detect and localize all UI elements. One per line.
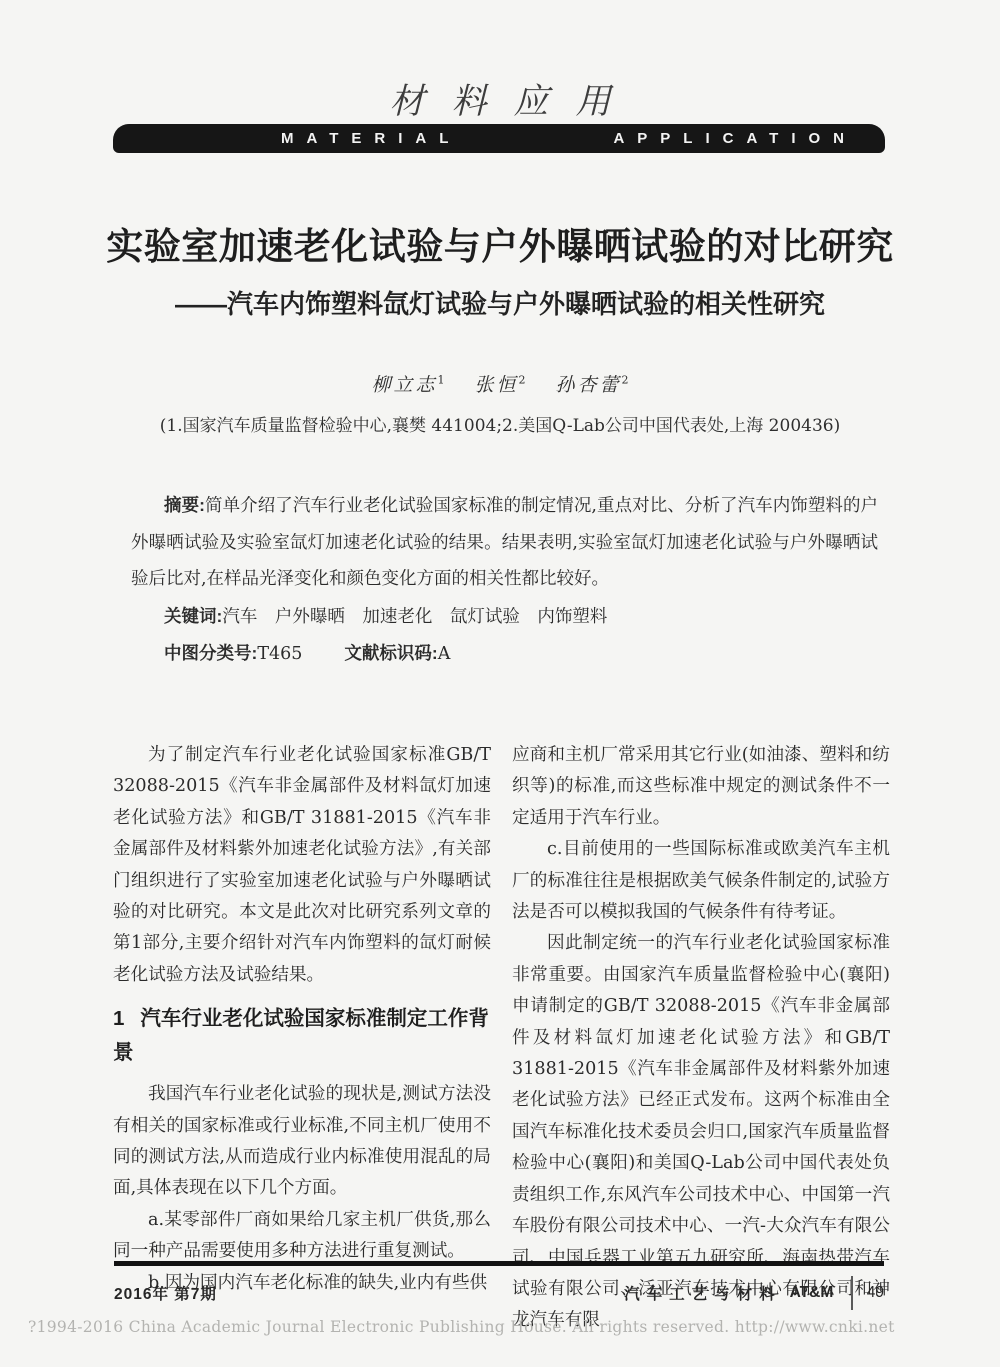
- author: 柳立志1: [371, 370, 444, 397]
- journal-name-cn: 汽车工艺与材料: [624, 1282, 782, 1304]
- section-banner: MATERIAL APPLICATION: [113, 124, 885, 153]
- keywords-label: 关键词:: [164, 606, 222, 626]
- section-heading-text: 汽车行业老化试验国家标准制定工作背景: [113, 1007, 489, 1064]
- body-paragraph: 我国汽车行业老化试验的现状是,测试方法没有相关的国家标准或行业标准,不同主机厂使…: [113, 1079, 491, 1205]
- author-affil-sup: 2: [519, 374, 526, 387]
- keywords-text: 汽车 户外曝晒 加速老化 氙灯试验 内饰塑料: [222, 607, 607, 627]
- abstract-label: 摘要:: [164, 495, 205, 515]
- affiliation: (1.国家汽车质量监督检验中心,襄樊 441004;2.美国Q-Lab公司中国代…: [0, 411, 1000, 436]
- body-paragraph-continued: 应商和主机厂常采用其它行业(如油漆、塑料和纺织等)的标准,而这些标准中规定的测试…: [512, 740, 890, 834]
- clc-label: 中图分类号:: [164, 643, 257, 663]
- abstract-block: 摘要:简单介绍了汽车行业老化试验国家标准的制定情况,重点对比、分析了汽车内饰塑料…: [131, 487, 878, 673]
- footer-rule: [114, 1261, 884, 1266]
- section-title-cn: 材料应用: [0, 74, 1000, 124]
- author-name: 孙杏蕾: [556, 374, 622, 396]
- clc-value: T465: [257, 644, 302, 664]
- body-paragraph: 为了制定汽车行业老化试验国家标准GB/T 32088-2015《汽车非金属部件及…: [113, 740, 491, 991]
- author-name: 张恒: [474, 374, 518, 396]
- banner-word-application: APPLICATION: [613, 130, 857, 147]
- body-paragraph-item-a: a.某零部件厂商如果给几家主机厂供货,那么同一种产品需要使用多种方法进行重复测试…: [113, 1205, 491, 1268]
- footer-journal-group: 汽车工艺与材料 AT&M 49: [624, 1276, 884, 1310]
- banner-word-material: MATERIAL: [281, 130, 461, 147]
- page-number: 49: [867, 1284, 884, 1302]
- doc-code-value: A: [438, 644, 451, 664]
- author: 张恒2: [474, 370, 525, 397]
- section-number: 1: [113, 1007, 124, 1030]
- author-affil-sup: 2: [622, 374, 629, 387]
- classification-line: 中图分类号:T465文献标识码:A: [131, 635, 878, 673]
- footer: 2016年 第7期 汽车工艺与材料 AT&M 49: [114, 1276, 884, 1310]
- issue-info: 2016年 第7期: [114, 1282, 217, 1304]
- author-affil-sup: 1: [437, 374, 444, 387]
- article-title: 实验室加速老化试验与户外曝晒试验的对比研究: [0, 216, 1000, 270]
- body-paragraph-item-c: c.目前使用的一些国际标准或欧美汽车主机厂的标准往往是根据欧美气候条件制定的,试…: [512, 834, 890, 928]
- doc-code-label: 文献标识码:: [344, 643, 437, 663]
- page-number-divider: [851, 1276, 853, 1310]
- left-column: 为了制定汽车行业老化试验国家标准GB/T 32088-2015《汽车非金属部件及…: [113, 740, 491, 1337]
- keywords-line: 关键词:汽车 户外曝晒 加速老化 氙灯试验 内饰塑料: [131, 598, 878, 636]
- author-name: 柳立志: [371, 374, 437, 396]
- abstract-paragraph: 摘要:简单介绍了汽车行业老化试验国家标准的制定情况,重点对比、分析了汽车内饰塑料…: [131, 487, 878, 598]
- section-heading-1: 1汽车行业老化试验国家标准制定工作背景: [113, 1002, 491, 1070]
- body-columns: 为了制定汽车行业老化试验国家标准GB/T 32088-2015《汽车非金属部件及…: [113, 740, 891, 1337]
- article-subtitle: ——汽车内饰塑料氙灯试验与户外曝晒试验的相关性研究: [0, 284, 1000, 321]
- journal-name-en: AT&M: [790, 1284, 834, 1302]
- abstract-text: 简单介绍了汽车行业老化试验国家标准的制定情况,重点对比、分析了汽车内饰塑料的户外…: [131, 496, 878, 589]
- author: 孙杏蕾2: [556, 370, 629, 397]
- right-column: 应商和主机厂常采用其它行业(如油漆、塑料和纺织等)的标准,而这些标准中规定的测试…: [512, 740, 890, 1337]
- author-list: 柳立志1 张恒2 孙杏蕾2: [0, 370, 1000, 397]
- copyright-notice: ?1994-2016 China Academic Journal Electr…: [28, 1318, 972, 1336]
